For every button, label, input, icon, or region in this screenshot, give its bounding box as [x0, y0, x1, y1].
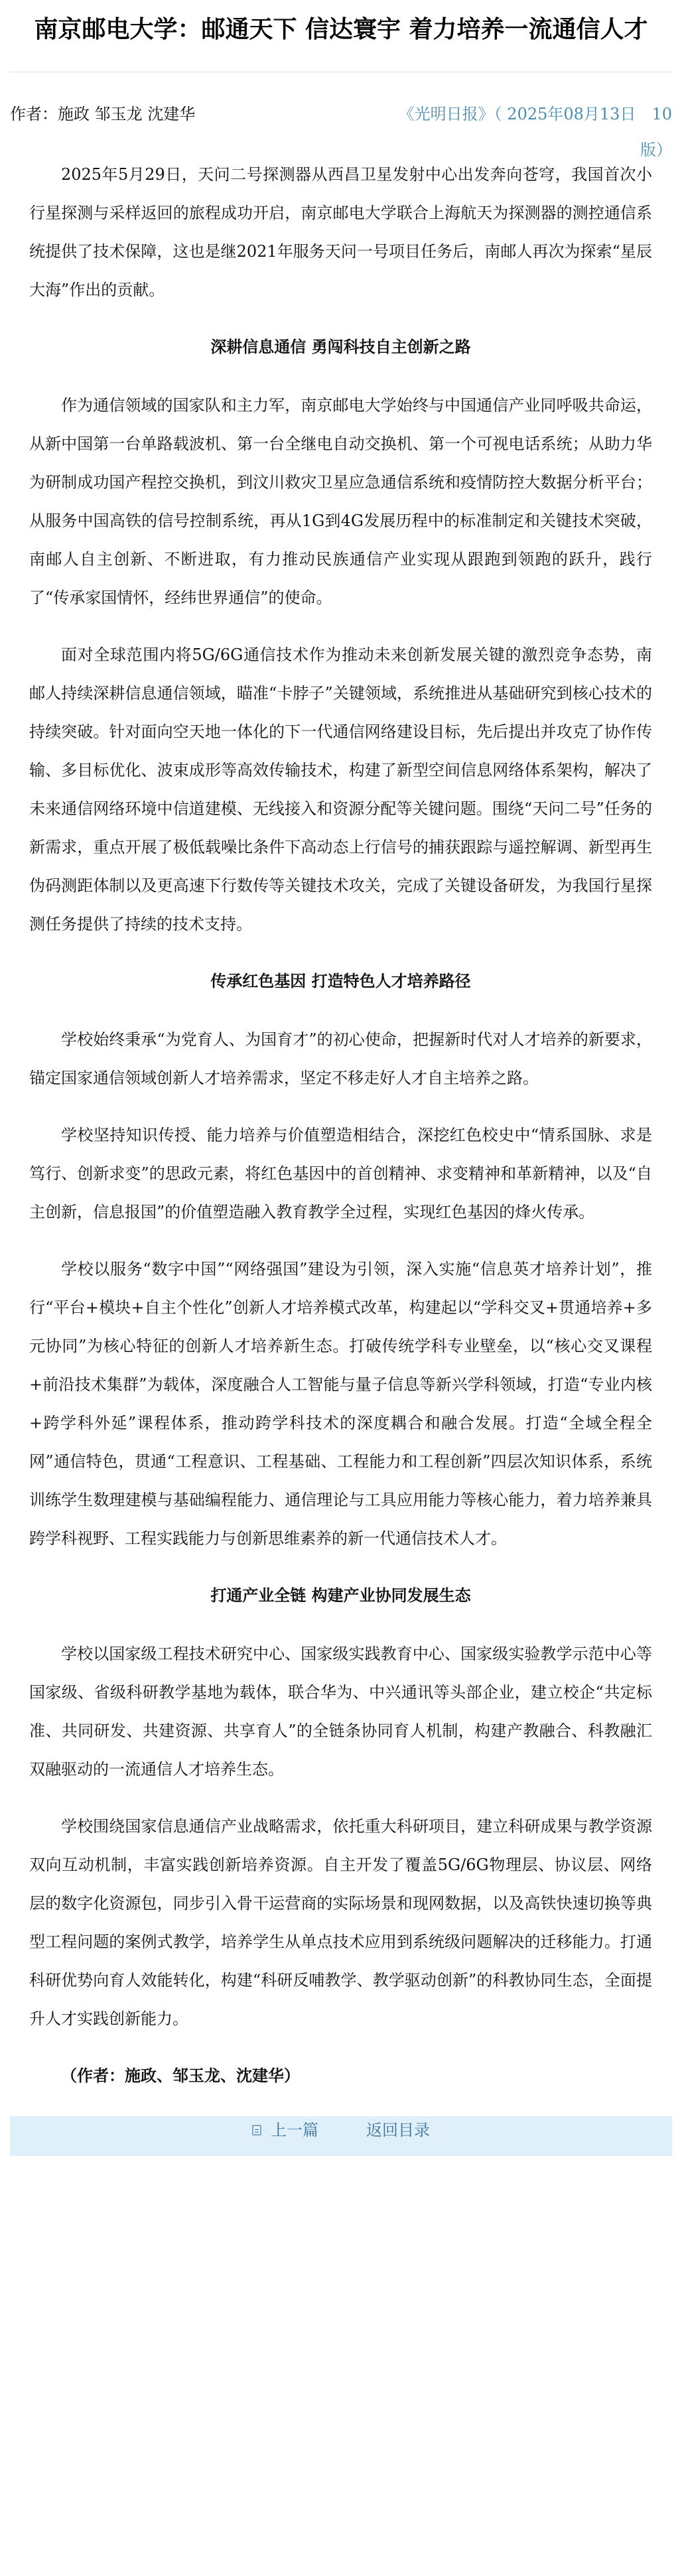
source-link[interactable]: 《光明日报》（ 2025年08月13日 10版）	[393, 96, 672, 168]
section-heading: 打通产业全链 构建产业协同发展生态	[29, 1576, 652, 1615]
document-icon	[252, 2125, 261, 2135]
section-heading: 深耕信息通信 勇闯科技自主创新之路	[29, 328, 652, 366]
paragraph: 学校始终秉承“为党育人、为国育才”的初心使命，把握新时代对人才培养的新要求，锚定…	[29, 1020, 652, 1097]
paragraph: 学校坚持知识传授、能力培养与价值塑造相结合，深挖红色校史中“情系国脉、求是笃行、…	[29, 1116, 652, 1231]
section-heading: 传承红色基因 打造特色人才培养路径	[29, 962, 652, 1000]
article-meta: 作者：施政 邹玉龙 沈建华 《光明日报》（ 2025年08月13日 10版）	[10, 72, 672, 155]
paragraph: 作为通信领域的国家队和主力军，南京邮电大学始终与中国通信产业同呼吸共命运，从新中…	[29, 386, 652, 617]
article-title: 南京邮电大学：邮通天下 信达寰宇 着力培养一流通信人才	[0, 0, 682, 53]
paragraph: 学校以国家级工程技术研究中心、国家级实践教育中心、国家级实验教学示范中心等国家级…	[29, 1635, 652, 1789]
paragraph: 学校以服务“数字中国”“网络强国”建设为引领，深入实施“信息英才培养计划”，推行…	[29, 1250, 652, 1558]
prev-article-label: 上一篇	[271, 2120, 318, 2140]
paragraph: 学校围绕国家信息通信产业战略需求，依托重大科研项目，建立科研成果与教学资源双向互…	[29, 1807, 652, 2038]
byline: 作者：施政 邹玉龙 沈建华	[10, 104, 195, 124]
prev-article-link[interactable]: 上一篇	[252, 2120, 318, 2140]
paragraph: 面对全球范围内将5G/6G通信技术作为推动未来创新发展关键的激烈竞争态势，南邮人…	[29, 636, 652, 943]
article-nav-bar: 上一篇 返回目录	[10, 2116, 672, 2156]
back-to-index-link[interactable]: 返回目录	[366, 2120, 430, 2140]
back-to-index-label: 返回目录	[366, 2120, 430, 2140]
paragraph: 2025年5月29日，天问二号探测器从西昌卫星发射中心出发奔向苍穹，我国首次小行…	[29, 155, 652, 309]
article-body: 2025年5月29日，天问二号探测器从西昌卫星发射中心出发奔向苍穹，我国首次小行…	[0, 155, 682, 2095]
authors-note: （作者：施政、邹玉龙、沈建华）	[29, 2057, 652, 2095]
